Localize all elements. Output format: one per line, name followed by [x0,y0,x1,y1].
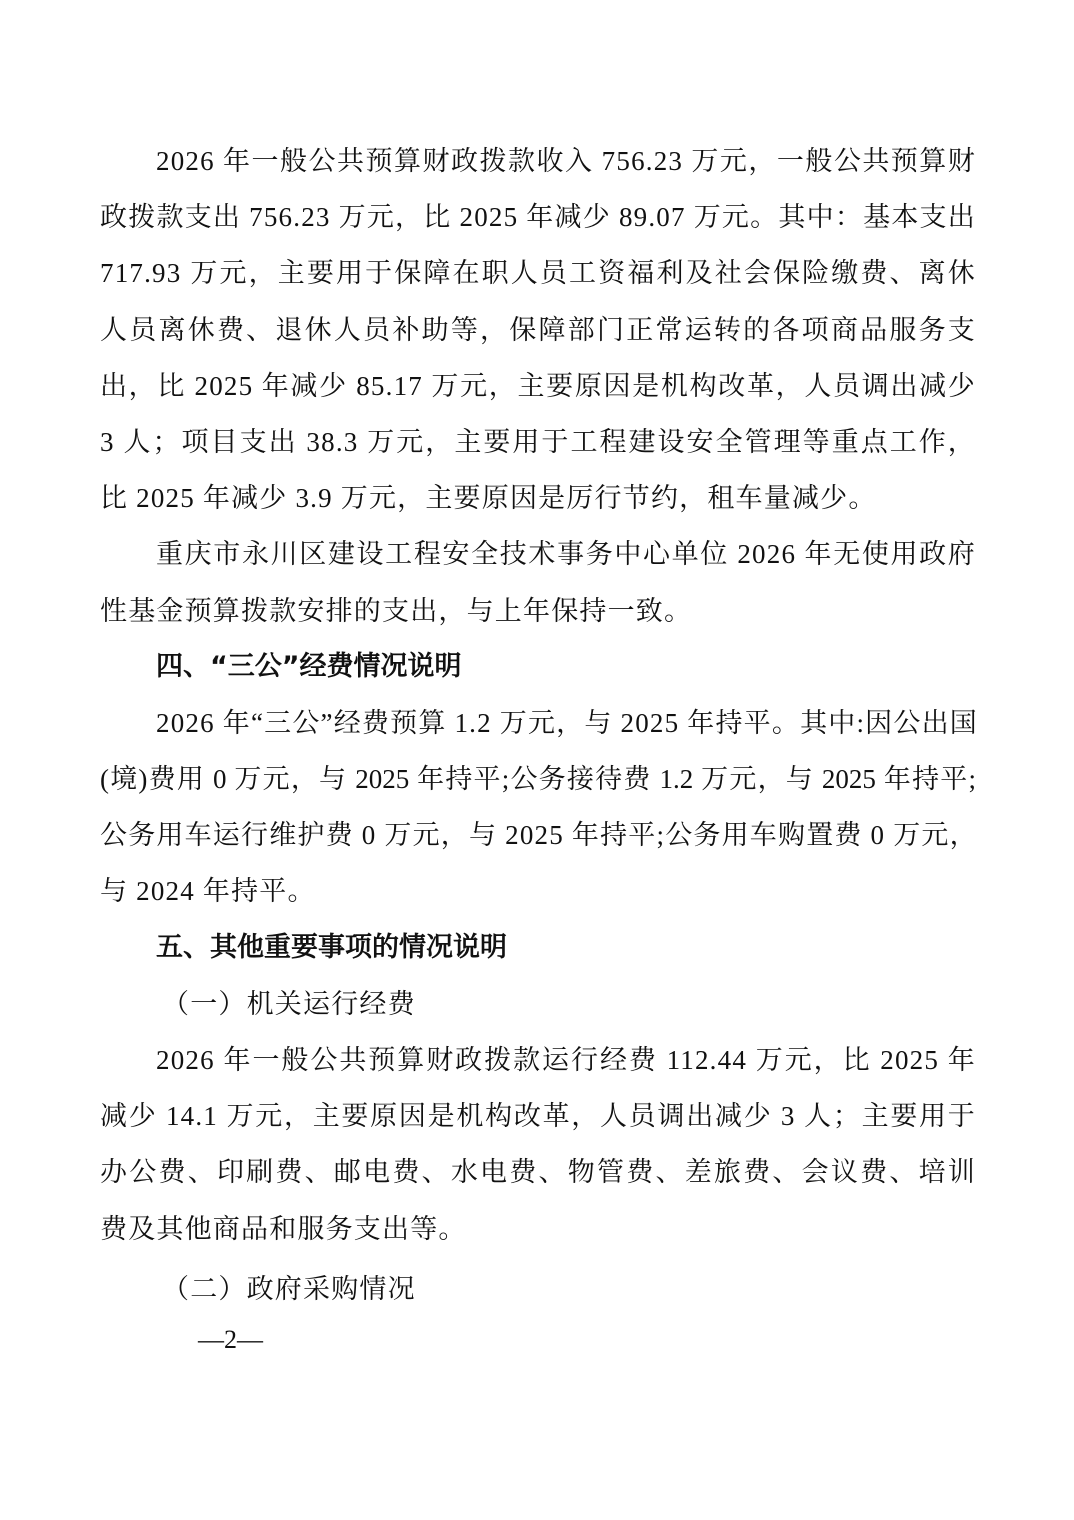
paragraph-line: 政拨款支出 756.23 万元，比 2025 年减少 89.07 万元。其中：基… [100,189,976,245]
paragraph-line: 与 2024 年持平。 [100,863,976,919]
paragraph-line: 2026 年“三公”经费预算 1.2 万元，与 2025 年持平。其中:因公出国 [100,695,976,751]
paragraph-line: 重庆市永川区建设工程安全技术事务中心单位 2026 年无使用政府 [100,526,976,582]
section-heading: 四、“三公”经费情况说明 [100,639,976,695]
section-heading: 五、其他重要事项的情况说明 [100,920,976,976]
paragraph-line: 人员离休费、退休人员补助等，保障部门正常运转的各项商品服务支 [100,302,976,358]
subsection-heading: （二）政府采购情况 [100,1261,976,1317]
paragraph-line: 3 人；项目支出 38.3 万元，主要用于工程建设安全管理等重点工作， [100,414,976,470]
paragraph-line: 减少 14.1 万元，主要原因是机构改革，人员调出减少 3 人；主要用于 [100,1088,976,1144]
paragraph-line: 2026 年一般公共预算财政拨款收入 756.23 万元，一般公共预算财 [100,133,976,189]
paragraph-line: 性基金预算拨款安排的支出，与上年保持一致。 [100,583,976,639]
paragraph-line: 出，比 2025 年减少 85.17 万元，主要原因是机构改革，人员调出减少 [100,358,976,414]
paragraph-line: 费及其他商品和服务支出等。 [100,1201,976,1257]
subsection-heading: （一）机关运行经费 [100,976,976,1032]
paragraph-line: 办公费、印刷费、邮电费、水电费、物管费、差旅费、会议费、培训 [100,1144,976,1200]
paragraph-line: 公务用车运行维护费 0 万元，与 2025 年持平;公务用车购置费 0 万元， [100,807,976,863]
paragraph-line: 2026 年一般公共预算财政拨款运行经费 112.44 万元，比 2025 年 [100,1032,976,1088]
paragraph-line: (境)费用 0 万元，与 2025 年持平;公务接待费 1.2 万元，与 202… [100,751,976,807]
paragraph-line: 717.93 万元，主要用于保障在职人员工资福利及社会保险缴费、离休 [100,245,976,301]
document-page: 2026 年一般公共预算财政拨款收入 756.23 万元，一般公共预算财 政拨款… [100,133,976,1317]
paragraph-line: 比 2025 年减少 3.9 万元，主要原因是厉行节约，租车量减少。 [100,470,976,526]
page-number: —2— [198,1325,263,1355]
